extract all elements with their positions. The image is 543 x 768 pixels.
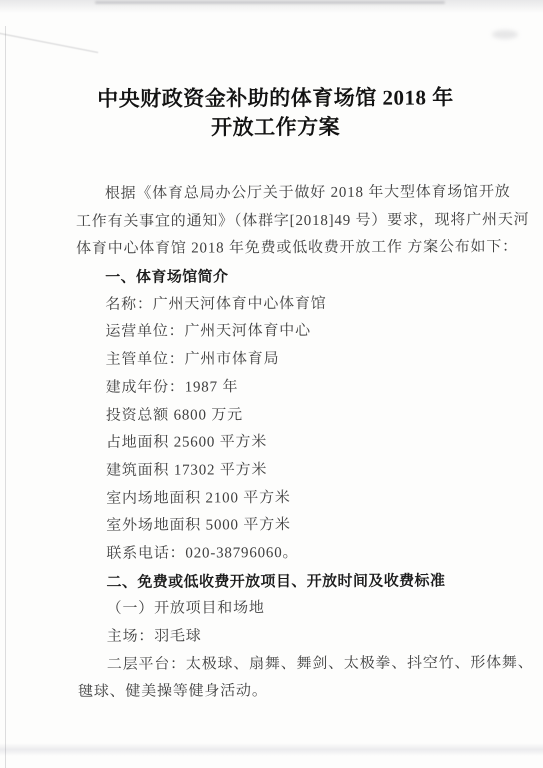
section2-heading: 二、免费或低收费开放项目、开放时间及收费标准 [77,567,543,597]
main-hall-line: 主场：羽毛球 [78,622,543,652]
supervisor-line: 主管单位：广州市体育局 [77,345,543,375]
built-year-line: 建成年份：1987 年 [77,373,543,403]
outdoor-area-line: 室外场地面积 5000 平方米 [77,511,543,541]
second-floor-platform-line-2: 毽球、健美操等健身活动。 [78,677,543,707]
indoor-area-line: 室内场地面积 2100 平方米 [77,484,543,514]
intro-line-1: 根据《体育总局办公厅关于做好 2018 年大型体育场馆开放 [76,179,543,209]
intro-line-3: 体育中心体育馆 2018 年免费或低收费开放工作 方案公布如下： [76,234,543,264]
venue-name-line: 名称：广州天河体育中心体育馆 [76,290,543,320]
paper-left-edge-line [5,26,6,768]
investment-line: 投资总额 6800 万元 [77,400,543,430]
land-area-line: 占地面积 25600 平方米 [77,428,543,458]
building-area-line: 建筑面积 17302 平方米 [77,456,543,486]
operator-line: 运营单位：广州天河体育中心 [76,317,543,347]
contact-phone-line: 联系电话：020-38796060。 [77,539,543,569]
document-title-line-2: 开放工作方案 [75,112,475,143]
document-title-line-1: 中央财政资金补助的体育场馆 2018 年 [75,83,475,114]
scanned-document-page: 中央财政资金补助的体育场馆 2018 年 开放工作方案 根据《体育总局办公厅关于… [0,0,543,768]
document-title: 中央财政资金补助的体育场馆 2018 年 开放工作方案 [75,83,475,143]
section1-heading: 一、体育场馆简介 [76,262,543,292]
document-content: 中央财政资金补助的体育场馆 2018 年 开放工作方案 根据《体育总局办公厅关于… [75,0,543,707]
scan-edge-bottom [0,743,543,756]
intro-line-2: 工作有关事宜的通知》（体群字[2018]49 号）要求，现将广州天河 [76,207,543,237]
document-body: 根据《体育总局办公厅关于做好 2018 年大型体育场馆开放 工作有关事宜的通知》… [76,179,543,707]
second-floor-platform-line-1: 二层平台：太极球、扇舞、舞剑、太极拳、抖空竹、形体舞、 [78,650,543,680]
section2-subheading: （一）开放项目和场地 [78,594,543,624]
